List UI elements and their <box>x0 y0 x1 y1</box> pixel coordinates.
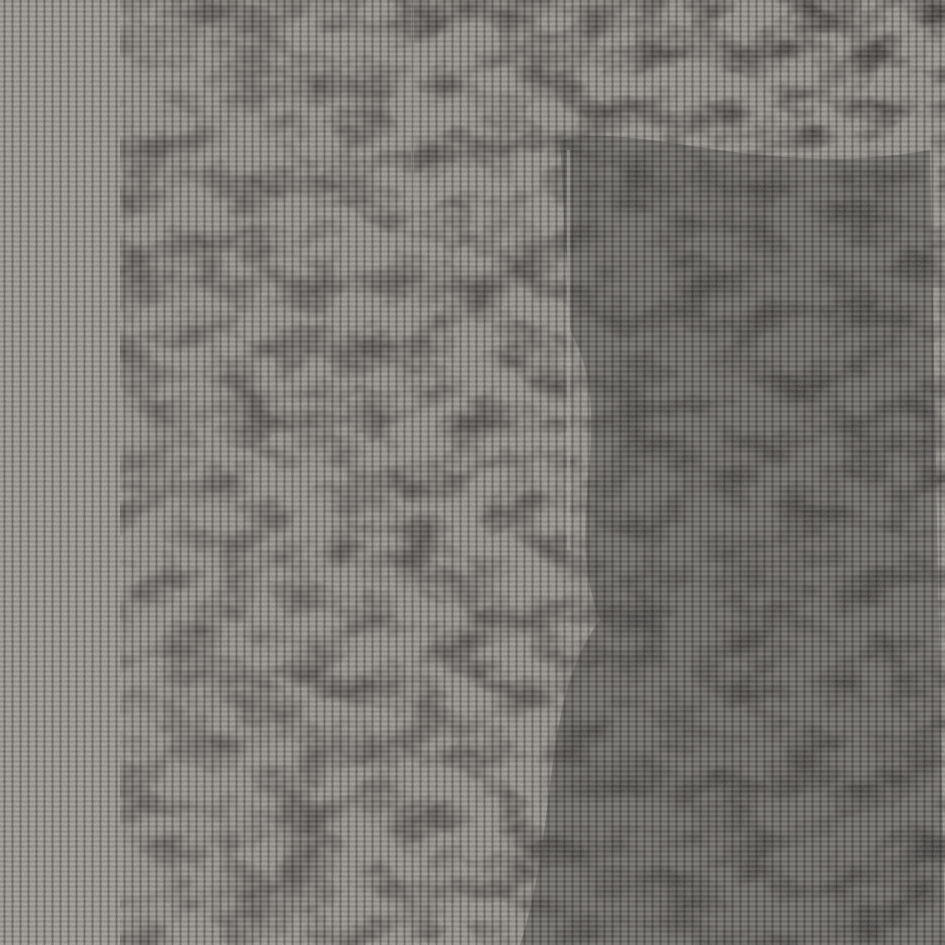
loop-texture <box>0 0 945 945</box>
carpet-tile-texture <box>0 0 945 945</box>
